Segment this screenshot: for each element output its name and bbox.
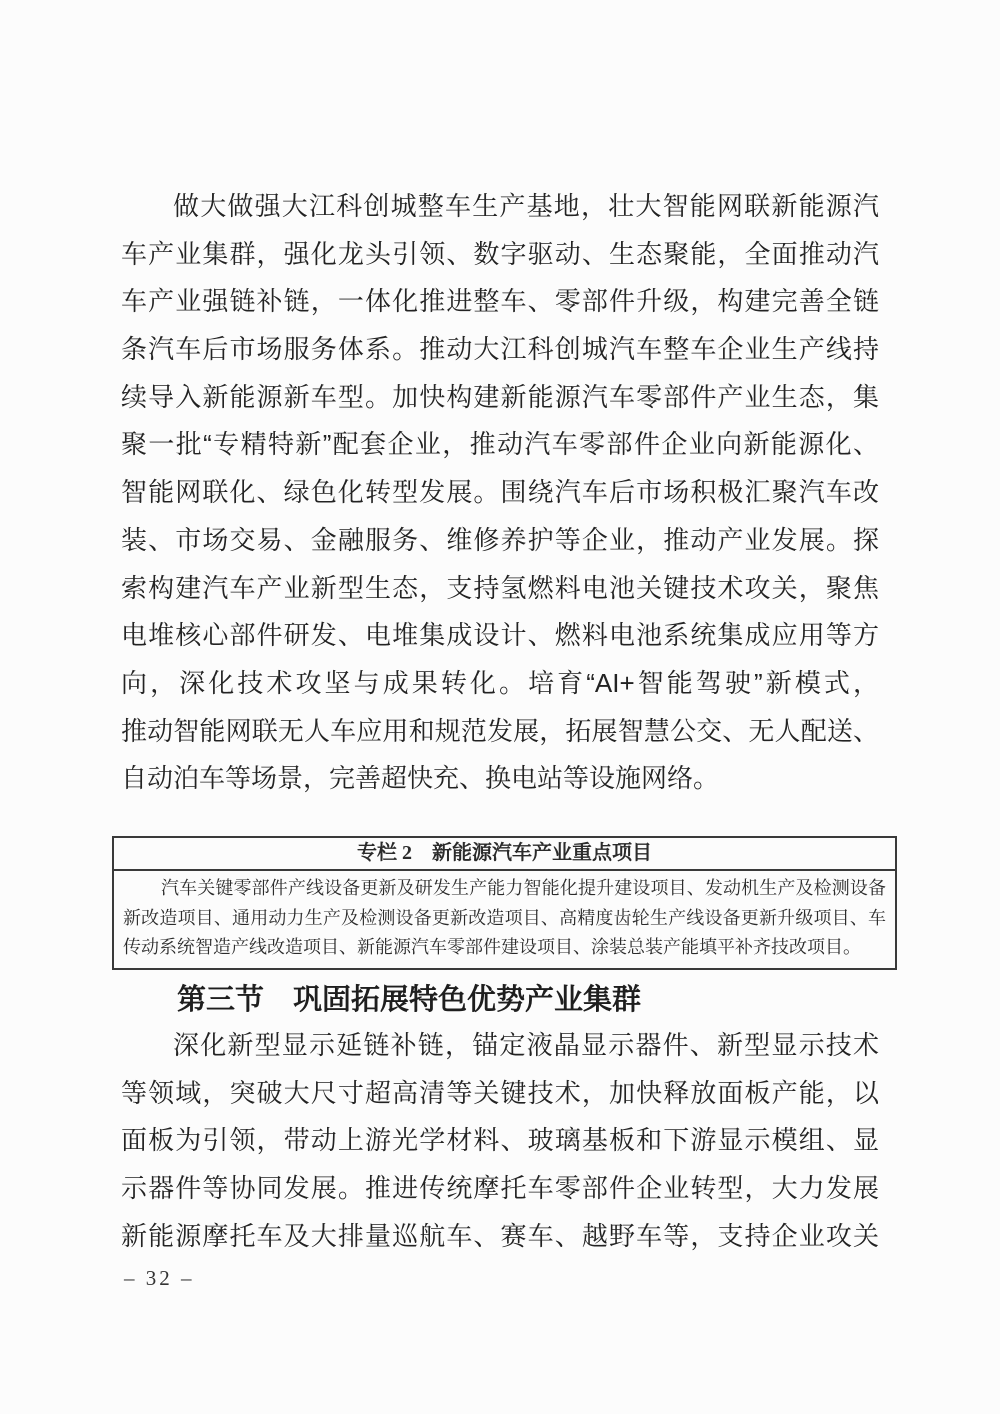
text-line: 传动系统智造产线改造项目、新能源汽车零部件建设项目、涂装总装产能填平补齐技改项目…	[123, 933, 886, 963]
text-line: 装、市场交易、金融服务、维修养护等企业，推动产业发展。探	[121, 517, 879, 565]
text-line: 聚一批“专精特新”配套企业，推动汽车零部件企业向新能源化、	[121, 421, 879, 469]
text-line: 索构建汽车产业新型生态，支持氢燃料电池关键技术攻关，聚焦	[121, 565, 879, 613]
text-line: 等领域，突破大尺寸超高清等关键技术，加快释放面板产能，以	[121, 1070, 879, 1118]
text-line: 做大做强大江科创城整车生产基地，壮大智能网联新能源汽	[121, 183, 879, 231]
text-line: 车产业集群，强化龙头引领、数字驱动、生态聚能，全面推动汽	[121, 231, 879, 279]
text-line: 电堆核心部件研发、电堆集成设计、燃料电池系统集成应用等方	[121, 612, 879, 660]
text-line: 新能源摩托车及大排量巡航车、赛车、越野车等，支持企业攻关	[121, 1213, 879, 1261]
text-line: 向，深化技术攻坚与成果转化。培育“AI+智能驾驶”新模式，	[121, 660, 879, 708]
section-heading: 第三节 巩固拓展特色优势产业集群	[121, 980, 879, 1020]
text-line: 车产业强链补链，一体化推进整车、零部件升级，构建完善全链	[121, 278, 879, 326]
callout-box-body: 汽车关键零部件产线设备更新及研发生产能力智能化提升建设项目、发动机生产及检测设备…	[114, 871, 895, 968]
document-page: 做大做强大江科创城整车生产基地，壮大智能网联新能源汽车产业集群，强化龙头引领、数…	[0, 0, 1000, 1414]
callout-box-title: 专栏 2 新能源汽车产业重点项目	[114, 838, 895, 871]
text-line: 智能网联化、绿色化转型发展。围绕汽车后市场积极汇聚汽车改	[121, 469, 879, 517]
text-line: 面板为引领，带动上游光学材料、玻璃基板和下游显示模组、显	[121, 1117, 879, 1165]
page-number: – 32 –	[124, 1266, 195, 1291]
text-line: 深化新型显示延链补链，锚定液晶显示器件、新型显示技术	[121, 1022, 879, 1070]
text-line: 自动泊车等场景，完善超快充、换电站等设施网络。	[121, 755, 879, 803]
text-line: 示器件等协同发展。推进传统摩托车零部件企业转型，大力发展	[121, 1165, 879, 1213]
paragraph-display-industry: 深化新型显示延链补链，锚定液晶显示器件、新型显示技术等领域，突破大尺寸超高清等关…	[121, 1022, 879, 1260]
text-line: 推动智能网联无人车应用和规范发展，拓展智慧公交、无人配送、	[121, 708, 879, 756]
text-line: 新改造项目、通用动力生产及检测设备更新改造项目、高精度齿轮生产线设备更新升级项目…	[123, 904, 886, 934]
callout-box-column2: 专栏 2 新能源汽车产业重点项目 汽车关键零部件产线设备更新及研发生产能力智能化…	[112, 836, 897, 970]
text-line: 条汽车后市场服务体系。推动大江科创城汽车整车企业生产线持	[121, 326, 879, 374]
text-line: 续导入新能源新车型。加快构建新能源汽车零部件产业生态，集	[121, 374, 879, 422]
paragraph-auto-industry: 做大做强大江科创城整车生产基地，壮大智能网联新能源汽车产业集群，强化龙头引领、数…	[121, 183, 879, 803]
text-line: 汽车关键零部件产线设备更新及研发生产能力智能化提升建设项目、发动机生产及检测设备…	[123, 874, 886, 904]
